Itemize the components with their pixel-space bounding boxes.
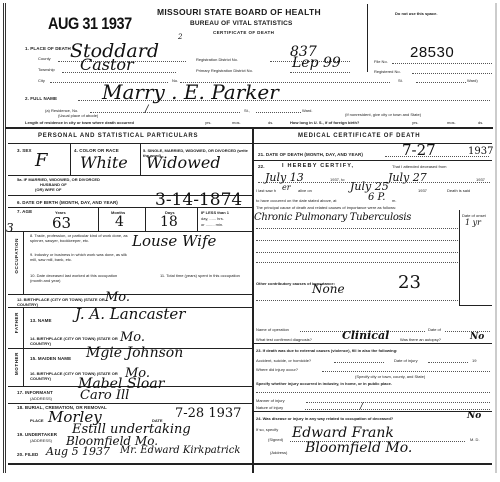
less-label-1: IF LESS than 1: [201, 210, 229, 215]
foreign-mos: mos.: [447, 120, 456, 125]
specify-place-line: [256, 392, 490, 393]
cause-value: Chronic Pulmonary Tuberculosis: [254, 212, 411, 223]
mother-name-label: 15. MAIDEN NAME: [30, 356, 71, 361]
row-6-rule: [8, 207, 252, 208]
color-divider: [140, 143, 141, 175]
signed-value: Edward Frank: [292, 425, 394, 441]
death-year-value: 1937: [468, 146, 493, 157]
manner-label: Manner of injury: [256, 398, 285, 403]
diagnosis-label: What test confirmed diagnosis?: [256, 337, 312, 342]
residence-st-label: St.,: [244, 108, 250, 113]
informant-address-label: (ADDRESS): [30, 396, 52, 401]
days-value: 18: [160, 214, 178, 230]
injury-date-line: [428, 362, 468, 363]
st-line: [416, 82, 466, 83]
header-divider: [367, 4, 368, 72]
sex-label: 3. SEX: [17, 148, 32, 153]
industry-label: 9. Industry or business in which work wa…: [30, 252, 130, 262]
death-date-label: 21. DATE OF DEATH (MONTH, DAY, AND YEAR): [258, 152, 363, 157]
death-time-suffix: m.: [392, 198, 396, 203]
burial-date-value: 7-28 1937: [175, 406, 241, 421]
signed-label: (Signed): [268, 437, 283, 442]
cause-line-4: [256, 262, 458, 263]
less-label-2: day, ...... hrs.: [201, 216, 224, 221]
nature-label: Nature of injury: [256, 405, 283, 410]
township-label: Township: [38, 67, 55, 72]
occupation-side-label: OCCUPATION: [14, 238, 19, 274]
diagnosis-rule: [254, 343, 492, 344]
certificate-title: CERTIFICATE OF DEATH: [213, 30, 274, 35]
county-label: County: [38, 56, 51, 61]
years-divider: [98, 207, 99, 231]
injury-year: 19: [472, 358, 476, 363]
bureau-title: BUREAU OF VITAL STATISTICS: [190, 20, 293, 27]
medical-rule: [254, 143, 492, 144]
days-divider: [197, 207, 198, 231]
length-of-residence-label: Length of residence in city or town wher…: [25, 120, 134, 125]
where-injury-label: Where did injury occur?: [256, 367, 298, 372]
autopsy-label: Was there an autopsy?: [400, 337, 441, 342]
registered-no-label: Registered No.: [374, 69, 401, 74]
foreign-yrs: yrs.: [412, 120, 418, 125]
alive-on-label: alive on: [298, 188, 312, 193]
where-injury-line: [322, 371, 490, 372]
certify-num: 22.: [258, 164, 265, 169]
color-value: White: [80, 153, 128, 172]
ward-label: Ward): [467, 78, 478, 83]
header-bottom-rule: [5, 127, 493, 129]
father-birth-value: Mo.: [120, 330, 145, 345]
last-worked-label: 10. Date deceased last worked at this oc…: [30, 273, 130, 283]
trade-label: 8. Trade, profession, or particular kind…: [30, 233, 130, 243]
occupation-side-divider: [23, 231, 24, 294]
filed-label: 20. FILED: [17, 452, 38, 457]
medical-section-title: MEDICAL CERTIFICATE OF DEATH: [298, 133, 420, 139]
certify-heading: I HEREBY CERTIFY,: [282, 163, 354, 169]
city-label: City: [38, 78, 45, 83]
received-date-stamp: AUG 31 1937: [48, 14, 132, 34]
parents-side-divider: [23, 307, 24, 387]
center-divider: [252, 128, 254, 473]
operation-label: Name of operation: [256, 327, 289, 332]
physician-address: Bloomfield Mo.: [305, 440, 412, 456]
personal-section-title: PERSONAL AND STATISTICAL PARTICULARS: [38, 133, 198, 139]
full-name-value: Marry . E. Parker: [102, 80, 279, 104]
mother-name-value: Mgie Johnson: [86, 345, 183, 361]
primary-reg-value: Lep 99: [292, 55, 341, 71]
accident-label: Accident, suicide, or homicide?: [256, 358, 311, 363]
residence-line: [90, 112, 240, 113]
accident-line: [334, 362, 384, 363]
foreign-label: How long in U. S., if of foreign birth?: [290, 120, 359, 125]
age-label: 7. AGE: [17, 209, 32, 214]
primary-reg-label: Primary Registration District No.: [196, 68, 253, 73]
cause-line-3: [256, 252, 458, 253]
father-side-label: FATHER: [14, 312, 19, 333]
operation-date-label: Date of: [428, 327, 441, 332]
township-value: Castor: [80, 55, 134, 74]
residence-checkmark: /: [145, 104, 148, 115]
certify-text: That I attended deceased from: [392, 164, 446, 169]
death-said-label: Death is said: [447, 188, 470, 193]
father-name-label: 13. NAME: [30, 318, 52, 323]
address-label: (Address): [270, 450, 287, 455]
death-date-value: 7-27: [402, 141, 436, 159]
full-name-label: 2. FULL NAME: [25, 96, 57, 101]
cause-label: The principal cause of death and related…: [256, 205, 396, 210]
external-label: 23. If death was due to external causes …: [256, 348, 397, 353]
contributory-value: None: [312, 282, 345, 296]
months-divider: [145, 207, 146, 231]
injury-date-label: Date of injury: [394, 358, 418, 363]
cause-line-1: [256, 228, 458, 229]
alive-year: 1937: [418, 188, 427, 193]
occurred-text: to have occurred on the date stated abov…: [256, 198, 337, 203]
specify-place-note: Specify whether injury occurred in indus…: [256, 381, 392, 386]
onset-value: 1 yr: [465, 218, 481, 227]
nature-line: [305, 409, 490, 410]
birth-date-label: 6. DATE OF BIRTH (MONTH, DAY, AND YEAR): [17, 200, 118, 205]
if-so-label: If so, specify: [256, 427, 278, 432]
right-bottom-rule: [254, 463, 492, 465]
contributory-line: [256, 300, 458, 301]
occupation-related-label: 24. Was disease or injury in any way rel…: [256, 416, 393, 421]
length-mos: mos.: [232, 120, 241, 125]
reg-district-label: Registration District No.: [196, 57, 238, 62]
informant-rule: [8, 403, 252, 404]
onset-box-bottom: [459, 305, 492, 306]
do-not-use-note: Do not use this space.: [395, 11, 437, 16]
father-name-value: J. A. Lancaster: [75, 305, 185, 323]
length-yrs: yrs.: [205, 120, 211, 125]
cause-code: 23: [398, 272, 421, 293]
st-label: St.: [398, 78, 403, 83]
spouse-label-3: (OR) WIFE OF: [35, 187, 61, 192]
left-bottom-rule: [8, 463, 252, 465]
file-no-line: [392, 63, 492, 64]
length-ds: ds.: [268, 120, 273, 125]
manner-line: [306, 402, 490, 403]
filed-registrar: Mr. Edward Kirkpatrick: [120, 445, 240, 456]
nature-rule: [254, 411, 492, 412]
sex-value: F: [35, 150, 48, 171]
specify-city-note: (Specify city or town, county, and State…: [355, 374, 425, 379]
file-no-label: File No.: [374, 59, 388, 64]
occupation-related-value: No: [467, 411, 481, 421]
cause-line-2: [256, 240, 458, 241]
trade-value: Louse Wife: [132, 232, 216, 250]
informant-address: Caro Ill: [80, 388, 129, 403]
years-value: 63: [52, 214, 71, 232]
birthplace-value: Mo.: [105, 290, 130, 305]
death-date-rule: [254, 160, 492, 161]
nonresident-note: (If nonresident, give city or town and S…: [345, 112, 421, 117]
place-of-death-label: 1. PLACE OF DEATH: [25, 46, 71, 51]
file-number: 28530: [410, 44, 454, 61]
undertaker-address-label: (ADDRESS): [30, 438, 52, 443]
place-mark: 2: [178, 33, 182, 41]
board-title: MISSOURI STATE BOARD OF HEALTH: [157, 7, 321, 17]
row-3-rule: [8, 175, 252, 176]
mother-side-label: MOTHER: [14, 352, 19, 375]
burial-place-label: PLACE: [30, 418, 44, 423]
marital-value: Widowed: [146, 153, 221, 172]
undertaker-label: 19. UNDERTAKER: [17, 432, 57, 437]
md-label: M. D.: [470, 437, 480, 442]
registered-no-line: [412, 73, 492, 74]
informant-label: 17. INFORMANT: [17, 390, 53, 395]
primary-reg-line: [290, 72, 350, 73]
usual-place-label: (Usual place of abode): [58, 113, 98, 118]
months-value: 4: [115, 214, 124, 230]
foreign-ds: ds.: [478, 120, 483, 125]
less-label-3: or ........ min.: [201, 222, 223, 227]
last-saw-value: er: [282, 183, 291, 192]
residence-st-line: [256, 112, 301, 113]
personal-rule: [8, 143, 252, 144]
diagnosis-value: Clinical: [342, 329, 389, 342]
autopsy-value: No: [470, 332, 484, 342]
onset-divider: [459, 210, 460, 305]
last-saw-label: I last saw h: [256, 188, 276, 193]
residence-ward-label: Ward.: [302, 108, 313, 113]
death-time: 6 P.: [368, 192, 385, 203]
total-time-label: 11. Total time (years) spent in this occ…: [160, 273, 245, 278]
side-mark: 3: [6, 221, 14, 235]
filed-date: Aug 5 1937: [46, 445, 110, 458]
sex-divider: [70, 143, 71, 175]
